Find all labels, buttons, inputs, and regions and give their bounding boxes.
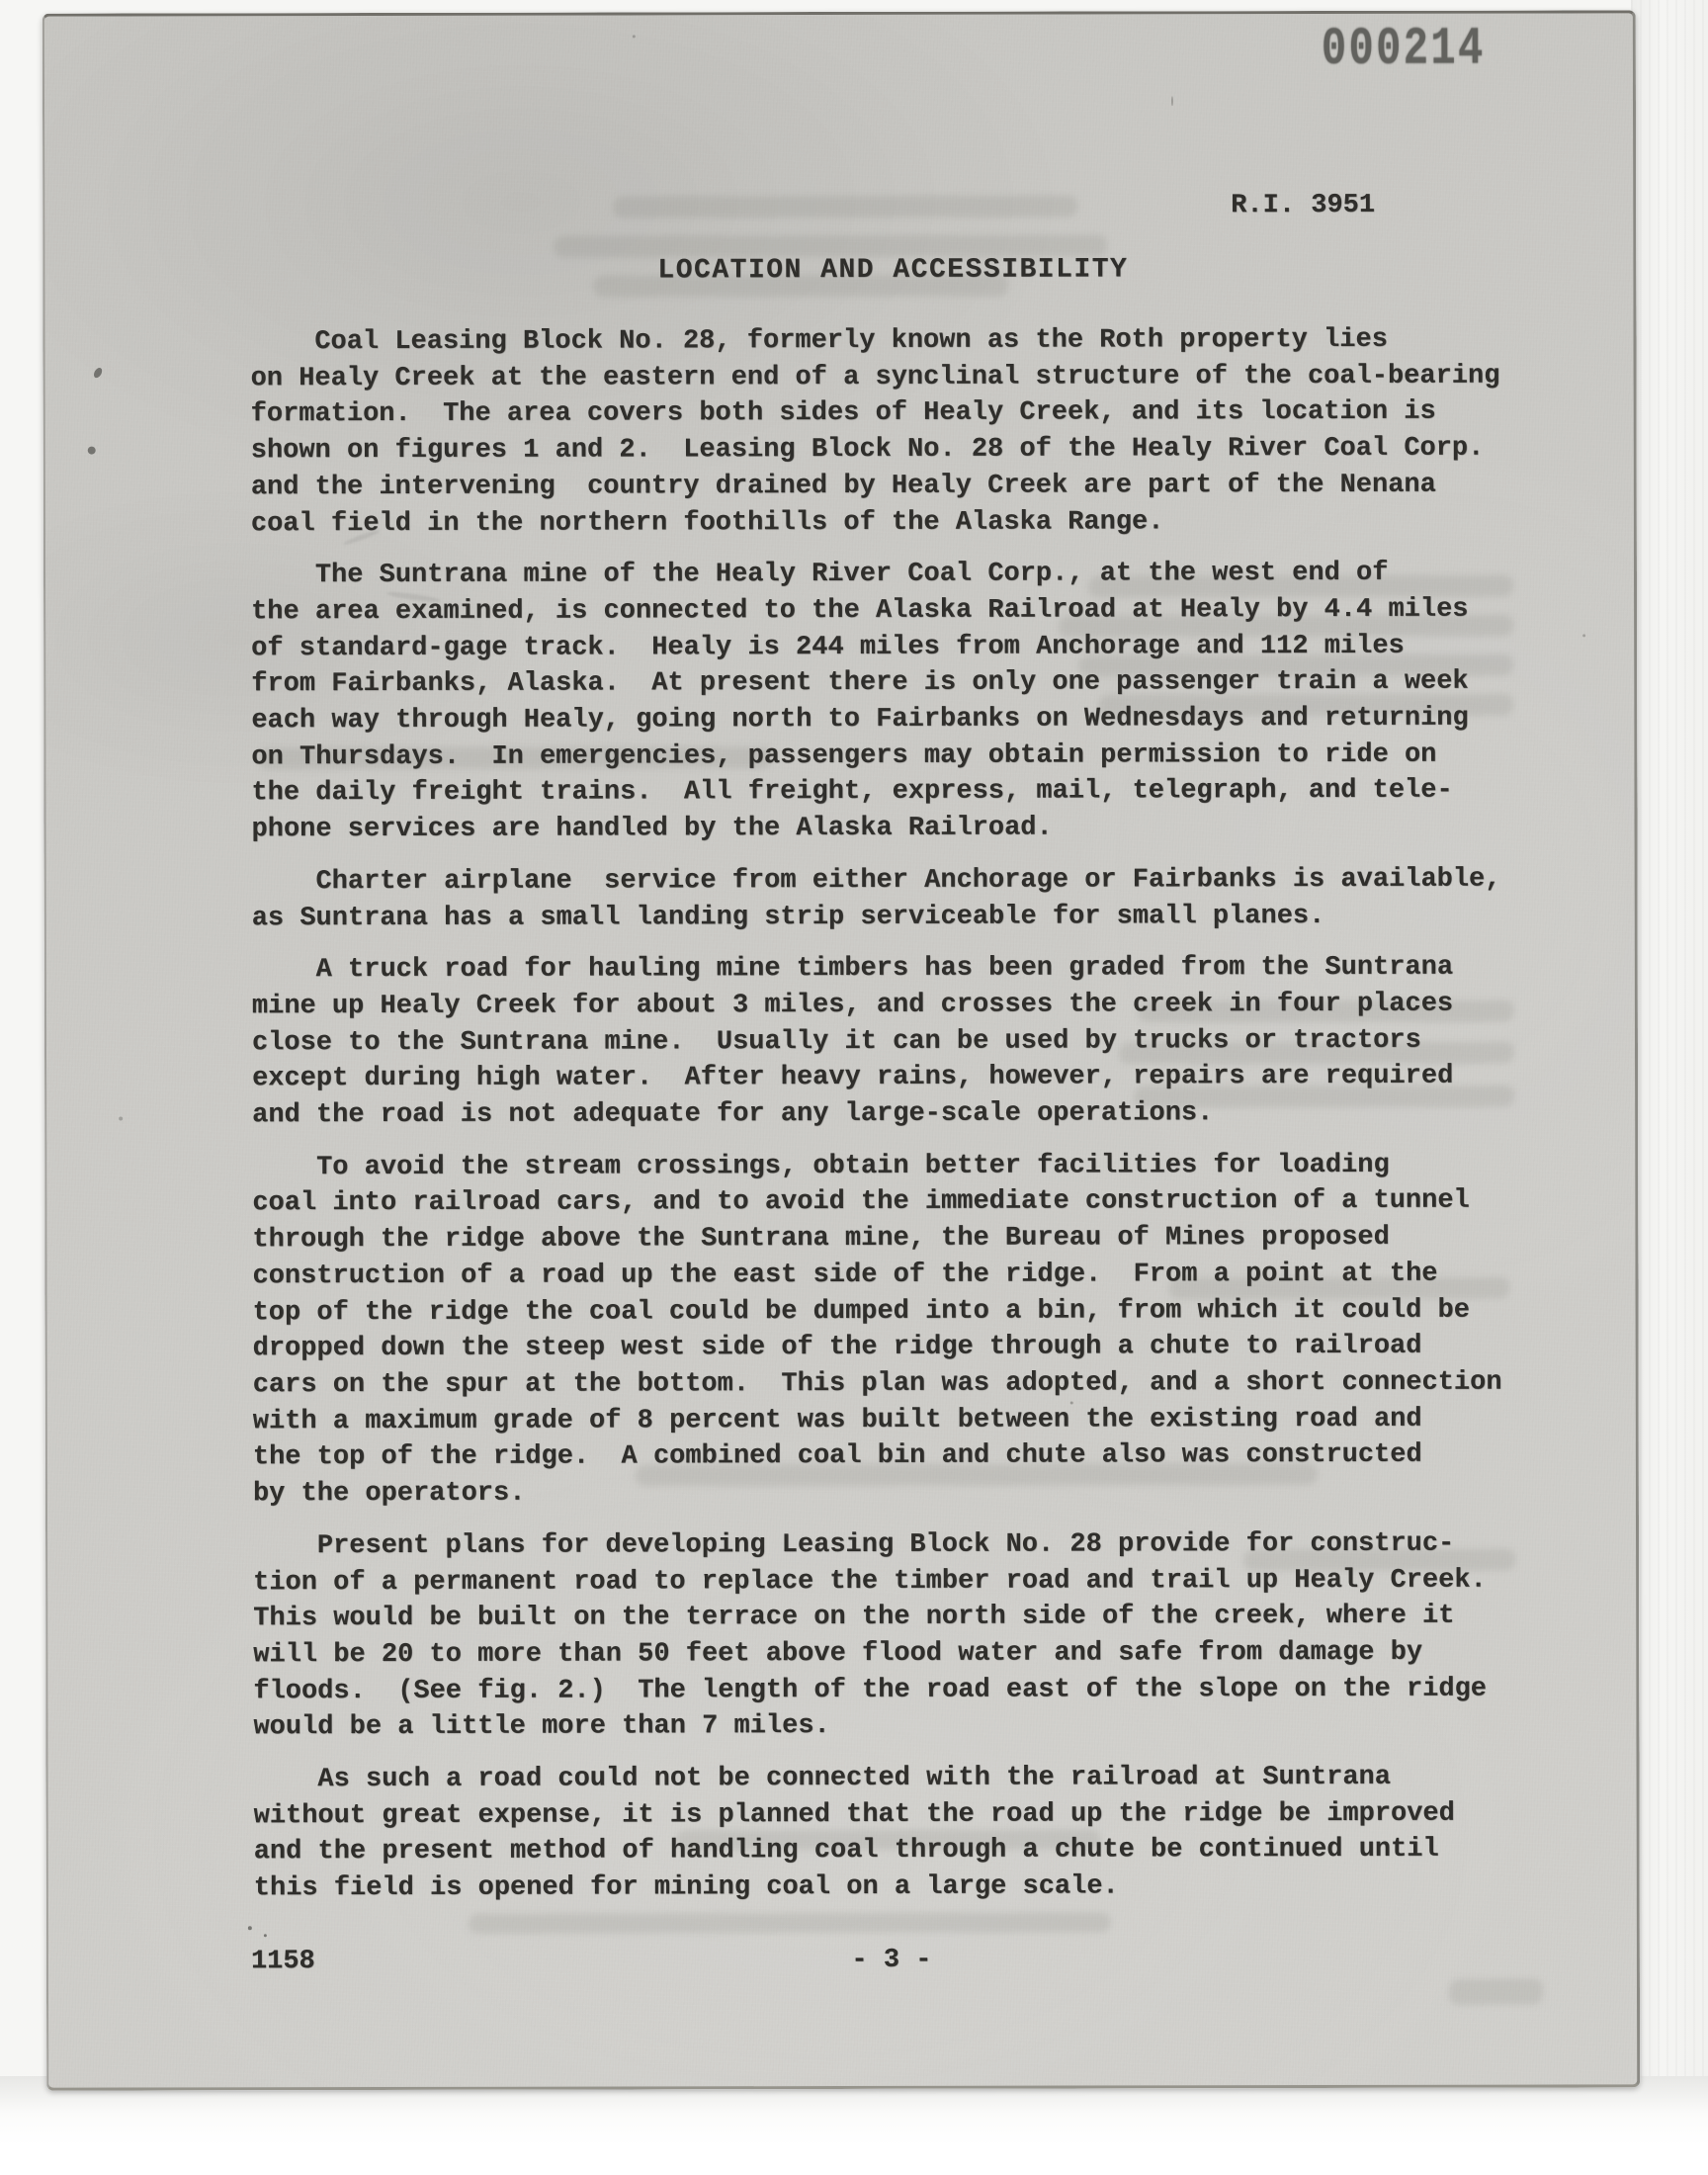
text-line: floods. (See fig. 2.) The length of the …: [253, 1671, 1548, 1709]
text-line: the daily freight trains. All freight, e…: [251, 773, 1546, 812]
bleedthrough-smudge: [469, 1912, 1112, 1933]
paragraph: Coal Leasing Block No. 28, formerly know…: [250, 322, 1545, 543]
text-line: coal field in the northern foothills of …: [251, 503, 1546, 542]
text-line: Charter airplane service from either Anc…: [252, 861, 1547, 900]
text-line: by the operators.: [253, 1474, 1548, 1513]
text-line: construction of a road up the east side …: [252, 1256, 1547, 1294]
text-line: and the present method of handling coal …: [254, 1832, 1549, 1870]
paper-speck: [92, 367, 104, 380]
document-body: Coal Leasing Block No. 28, formerly know…: [250, 322, 1548, 1908]
text-line: except during high water. After heavy ra…: [252, 1059, 1547, 1097]
paragraph: Charter airplane service from either Anc…: [252, 861, 1547, 936]
text-line: A truck road for hauling mine timbers ha…: [252, 950, 1547, 989]
paragraph: The Suntrana mine of the Healy River Coa…: [251, 556, 1547, 848]
text-line: and the intervening country drained by H…: [251, 467, 1546, 505]
text-line: the top of the ridge. A combined coal bi…: [253, 1437, 1548, 1476]
text-line: on Thursdays. In emergencies, passengers…: [251, 737, 1546, 775]
scanned-document-screenshot: 000214 R.I. 3951 LOCATION AND ACCESSIBIL…: [0, 0, 1708, 2175]
paper-speck: [88, 447, 96, 455]
paragraph: As such a road could not be connected wi…: [254, 1760, 1549, 1908]
report-number: R.I. 3951: [1231, 188, 1517, 225]
text-line: from Fairbanks, Alaska. At present there…: [251, 664, 1546, 703]
stamp-number: 000214: [1322, 22, 1522, 79]
text-line: top of the ridge the coal could be dumpe…: [253, 1292, 1548, 1331]
text-line: formation. The area covers both sides of…: [251, 394, 1546, 433]
text-line: As such a road could not be connected wi…: [254, 1760, 1549, 1798]
text-line: phone services are handled by the Alaska…: [251, 810, 1546, 848]
text-line: Coal Leasing Block No. 28, formerly know…: [250, 322, 1545, 361]
scanner-margin-bottom: [0, 2076, 1708, 2175]
text-line: as Suntrana has a small landing strip se…: [252, 898, 1547, 936]
text-line: will be 20 to more than 50 feet above fl…: [253, 1634, 1548, 1673]
text-line: this field is opened for mining coal on …: [254, 1869, 1549, 1907]
paragraph: To avoid the stream crossings, obtain be…: [252, 1147, 1548, 1513]
text-line: would be a little more than 7 miles.: [253, 1707, 1548, 1746]
scanner-margin-right: [1631, 0, 1708, 2175]
text-line: and the road is not adequate for any lar…: [252, 1095, 1547, 1134]
bleedthrough-smudge: [613, 195, 1078, 217]
paragraph: Present plans for developing Leasing Blo…: [253, 1525, 1548, 1746]
text-line: the area examined, is connected to the A…: [251, 591, 1546, 630]
text-line: each way through Healy, going north to F…: [251, 701, 1546, 739]
text-line: dropped down the steep west side of the …: [253, 1329, 1548, 1367]
paper-speck: [1171, 96, 1173, 106]
paragraph: A truck road for hauling mine timbers ha…: [252, 950, 1547, 1134]
text-line: on Healy Creek at the eastern end of a s…: [251, 358, 1546, 396]
text-line: of standard-gage track. Healy is 244 mil…: [251, 628, 1546, 666]
text-line: The Suntrana mine of the Healy River Coa…: [251, 556, 1546, 594]
paper-speck: [633, 35, 636, 38]
paper-speck: [1582, 634, 1585, 637]
text-line: through the ridge above the Suntrana min…: [252, 1220, 1547, 1259]
footer-page-number: - 3 -: [254, 1942, 1529, 1981]
text-line: To avoid the stream crossings, obtain be…: [252, 1147, 1547, 1185]
paper-speck: [248, 1926, 252, 1930]
text-line: close to the Suntrana mine. Usually it c…: [252, 1022, 1547, 1061]
text-line: mine up Healy Creek for about 3 miles, a…: [252, 986, 1547, 1024]
text-line: without great expense, it is planned tha…: [254, 1795, 1549, 1834]
text-line: This would be built on the terrace on th…: [253, 1599, 1548, 1637]
bleedthrough-smudge: [1449, 1979, 1544, 2005]
text-line: cars on the spur at the bottom. This pla…: [253, 1364, 1548, 1403]
text-line: shown on figures 1 and 2. Leasing Block …: [251, 431, 1546, 470]
document-page: 000214 R.I. 3951 LOCATION AND ACCESSIBIL…: [43, 10, 1640, 2090]
text-line: with a maximum grade of 8 percent was bu…: [253, 1401, 1548, 1439]
paper-speck: [119, 1117, 123, 1121]
text-line: tion of a permanent road to replace the …: [253, 1562, 1548, 1601]
paper-speck: [264, 1934, 267, 1937]
text-line: Present plans for developing Leasing Blo…: [253, 1525, 1548, 1564]
text-line: coal into railroad cars, and to avoid th…: [252, 1183, 1547, 1222]
section-heading: LOCATION AND ACCESSIBILITY: [250, 251, 1535, 291]
